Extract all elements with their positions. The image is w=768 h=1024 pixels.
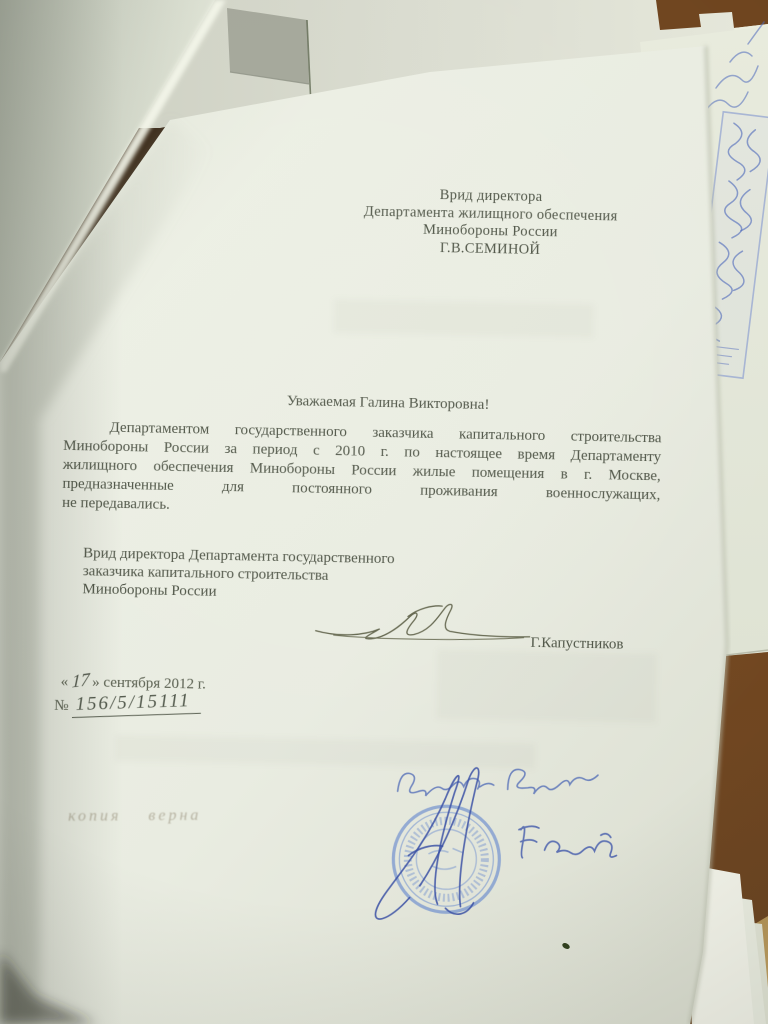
body-paragraph: Департаментом государственного заказчика… bbox=[62, 418, 662, 524]
number-label: № bbox=[54, 698, 69, 714]
handwritten-blue-note bbox=[398, 767, 599, 799]
blue-signature-name bbox=[518, 826, 617, 859]
bleed-through-ghost bbox=[333, 299, 594, 338]
signature-scrawl bbox=[309, 595, 540, 651]
date-quote-open: « bbox=[61, 674, 69, 690]
signer-name: Г.Капустников bbox=[530, 635, 623, 654]
salutation: Уважаемая Галина Викторовна! bbox=[234, 392, 542, 415]
pencil-note: копия верна bbox=[68, 807, 201, 826]
photo-scene: Врид директора Департамента жилищного об… bbox=[0, 0, 768, 1024]
handwritten-number: 156/5/15111 bbox=[71, 690, 201, 718]
letter-content: Врид директора Департамента жилищного об… bbox=[0, 0, 768, 1024]
handwritten-day: 17 bbox=[71, 669, 90, 693]
certification-cluster bbox=[347, 734, 661, 960]
recipient-block: Врид директора Департамента жилищного об… bbox=[337, 185, 644, 261]
bleed-through-ghost bbox=[436, 649, 657, 723]
document-number: № 156/5/15111 bbox=[54, 694, 202, 721]
